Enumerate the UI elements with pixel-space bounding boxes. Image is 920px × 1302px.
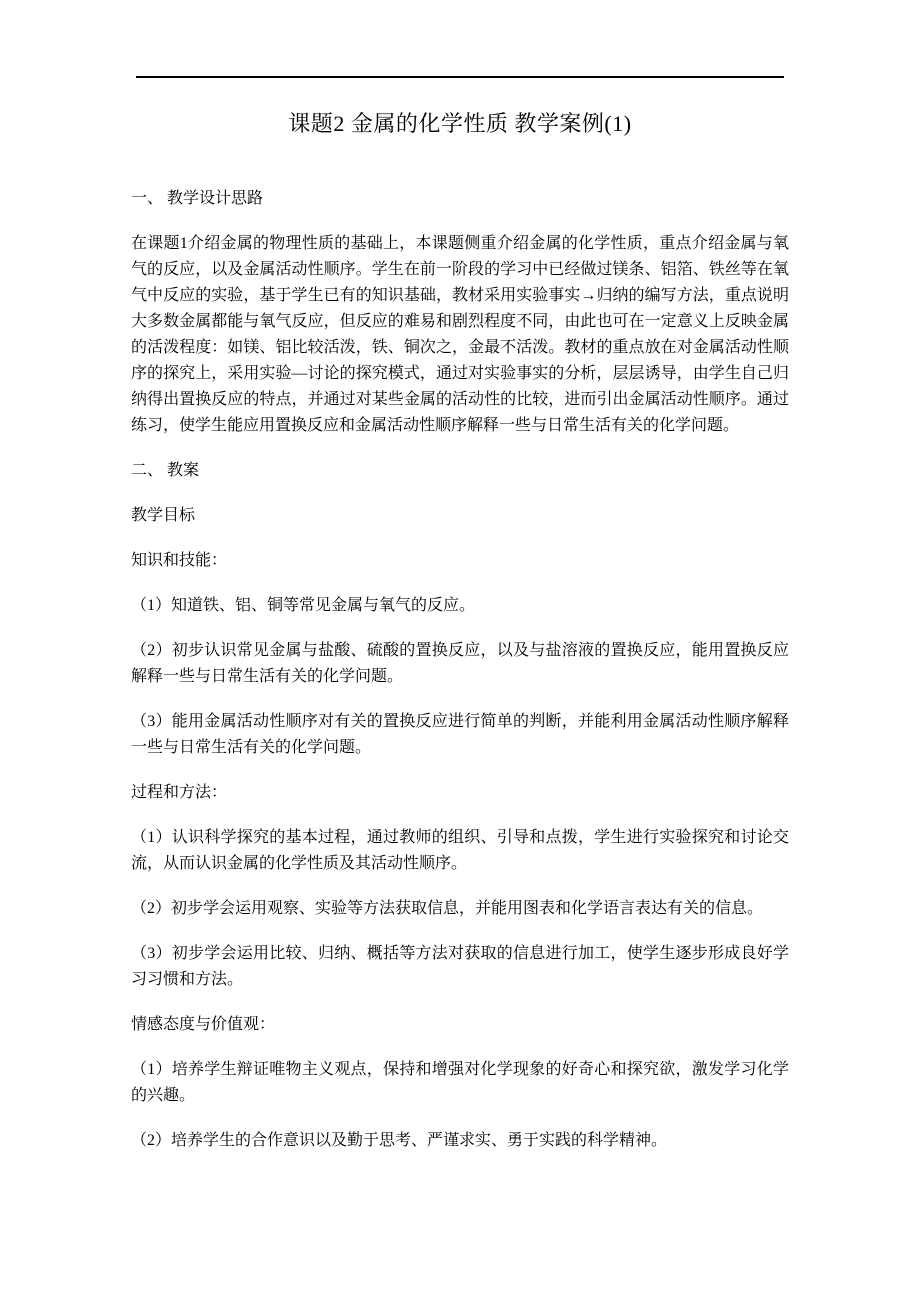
page-title: 课题2 金属的化学性质 教学案例(1): [131, 108, 789, 140]
section-heading-design-approach: 一、 教学设计思路: [131, 186, 789, 212]
knowledge-item-3: （3）能用金属活动性顺序对有关的置换反应进行简单的判断，并能利用金属活动性顺序解…: [131, 709, 789, 761]
subheading-teaching-goals: 教学目标: [131, 503, 789, 529]
subheading-process-methods: 过程和方法：: [131, 780, 789, 806]
affective-item-2: （2）培养学生的合作意识以及勤于思考、严谨求实、勇于实践的科学精神。: [131, 1128, 789, 1154]
section-heading-lesson-plan: 二、 教案: [131, 458, 789, 484]
subheading-affective-values: 情感态度与价值观：: [131, 1012, 789, 1038]
document-content: 课题2 金属的化学性质 教学案例(1) 一、 教学设计思路 在课题1介绍金属的物…: [131, 108, 789, 1173]
paragraph-design-approach: 在课题1介绍金属的物理性质的基础上，本课题侧重介绍金属的化学性质，重点介绍金属与…: [131, 231, 789, 439]
knowledge-item-1: （1）知道铁、铝、铜等常见金属与氧气的反应。: [131, 593, 789, 619]
subheading-knowledge-skills: 知识和技能：: [131, 548, 789, 574]
affective-item-1: （1）培养学生辩证唯物主义观点，保持和增强对化学现象的好奇心和探究欲，激发学习化…: [131, 1057, 789, 1109]
header-rule-divider: [136, 76, 784, 78]
process-item-2: （2）初步学会运用观察、实验等方法获取信息，并能用图表和化学语言表达有关的信息。: [131, 896, 789, 922]
process-item-3: （3）初步学会运用比较、归纳、概括等方法对获取的信息进行加工，使学生逐步形成良好…: [131, 941, 789, 993]
process-item-1: （1）认识科学探究的基本过程，通过教师的组织、引导和点拨，学生进行实验探究和讨论…: [131, 825, 789, 877]
document-page: 课题2 金属的化学性质 教学案例(1) 一、 教学设计思路 在课题1介绍金属的物…: [0, 0, 920, 1302]
knowledge-item-2: （2）初步认识常见金属与盐酸、硫酸的置换反应，以及与盐溶液的置换反应，能用置换反…: [131, 638, 789, 690]
